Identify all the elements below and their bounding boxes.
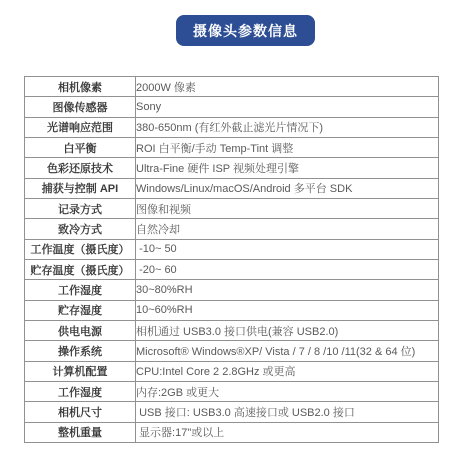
table-row: 色彩还原技术 Ultra-Fine 硬件 ISP 视频处理引擎: [25, 158, 439, 178]
table-row: 光谱响应范围 380-650nm (有红外截止滤光片情况下): [25, 117, 439, 137]
parameters-table: 相机像素 2000W 像素 图像传感器 Sony 光谱响应范围 380-650n…: [24, 76, 439, 443]
param-value-cell: Windows/Linux/macOS/Android 多平台 SDK: [136, 178, 439, 198]
table-row: 工作湿度 内存:2GB 或更大: [25, 381, 439, 401]
param-value-cell: 图像和视频: [136, 198, 439, 218]
table-row: 相机像素 2000W 像素: [25, 77, 439, 97]
table-row: 整机重量 显示器:17"或以上: [25, 422, 439, 442]
param-label-cell: 图像传感器: [25, 97, 136, 117]
param-value-cell: Microsoft® Windows®XP/ Vista / 7 / 8 /10…: [136, 341, 439, 361]
param-value-cell: -10~ 50: [136, 239, 439, 259]
param-label-cell: 工作温度（摄氏度）: [25, 239, 136, 259]
param-label-cell: 致冷方式: [25, 219, 136, 239]
table-row: 图像传感器 Sony: [25, 97, 439, 117]
param-label-cell: 光谱响应范围: [25, 117, 136, 137]
title-badge: 摄像头参数信息: [176, 15, 315, 46]
param-value-cell: CPU:Intel Core 2 2.8GHz 或更高: [136, 361, 439, 381]
spec-sheet-page: 摄像头参数信息 相机像素 2000W 像素 图像传感器 Sony 光谱响应范围 …: [0, 0, 462, 455]
table-row: 贮存温度（摄氏度） -20~ 60: [25, 259, 439, 279]
table-row: 工作温度（摄氏度） -10~ 50: [25, 239, 439, 259]
param-label-cell: 计算机配置: [25, 361, 136, 381]
table-row: 记录方式 图像和视频: [25, 198, 439, 218]
param-value-cell: 相机通过 USB3.0 接口供电(兼容 USB2.0): [136, 320, 439, 340]
param-label-cell: 贮存湿度: [25, 300, 136, 320]
table-row: 供电电源 相机通过 USB3.0 接口供电(兼容 USB2.0): [25, 320, 439, 340]
param-label-cell: 供电电源: [25, 320, 136, 340]
param-value-cell: 自然冷却: [136, 219, 439, 239]
param-value-cell: 380-650nm (有红外截止滤光片情况下): [136, 117, 439, 137]
param-label-cell: 相机像素: [25, 77, 136, 97]
param-value-cell: -20~ 60: [136, 259, 439, 279]
param-label-cell: 相机尺寸: [25, 402, 136, 422]
param-value-cell: 内存:2GB 或更大: [136, 381, 439, 401]
param-label-cell: 色彩还原技术: [25, 158, 136, 178]
param-label-cell: 贮存温度（摄氏度）: [25, 259, 136, 279]
param-label-cell: 白平衡: [25, 137, 136, 157]
param-value-cell: ROI 白平衡/手动 Temp-Tint 调整: [136, 137, 439, 157]
param-value-cell: 10~60%RH: [136, 300, 439, 320]
table-row: 致冷方式 自然冷却: [25, 219, 439, 239]
table-row: 相机尺寸 USB 接口: USB3.0 高速接口或 USB2.0 接口: [25, 402, 439, 422]
param-label-cell: 操作系统: [25, 341, 136, 361]
table-row: 捕获与控制 API Windows/Linux/macOS/Android 多平…: [25, 178, 439, 198]
param-label-cell: 整机重量: [25, 422, 136, 442]
table-row: 操作系统 Microsoft® Windows®XP/ Vista / 7 / …: [25, 341, 439, 361]
param-value-cell: Sony: [136, 97, 439, 117]
param-value-cell: 2000W 像素: [136, 77, 439, 97]
param-value-cell: Ultra-Fine 硬件 ISP 视频处理引擎: [136, 158, 439, 178]
table-row: 贮存湿度 10~60%RH: [25, 300, 439, 320]
param-label-cell: 工作湿度: [25, 280, 136, 300]
param-value-cell: 30~80%RH: [136, 280, 439, 300]
param-label-cell: 记录方式: [25, 198, 136, 218]
table-row: 工作湿度 30~80%RH: [25, 280, 439, 300]
table-row: 计算机配置 CPU:Intel Core 2 2.8GHz 或更高: [25, 361, 439, 381]
page-title: 摄像头参数信息: [193, 21, 298, 41]
param-value-cell: 显示器:17"或以上: [136, 422, 439, 442]
table-row: 白平衡 ROI 白平衡/手动 Temp-Tint 调整: [25, 137, 439, 157]
param-value-cell: USB 接口: USB3.0 高速接口或 USB2.0 接口: [136, 402, 439, 422]
param-label-cell: 捕获与控制 API: [25, 178, 136, 198]
param-label-cell: 工作湿度: [25, 381, 136, 401]
